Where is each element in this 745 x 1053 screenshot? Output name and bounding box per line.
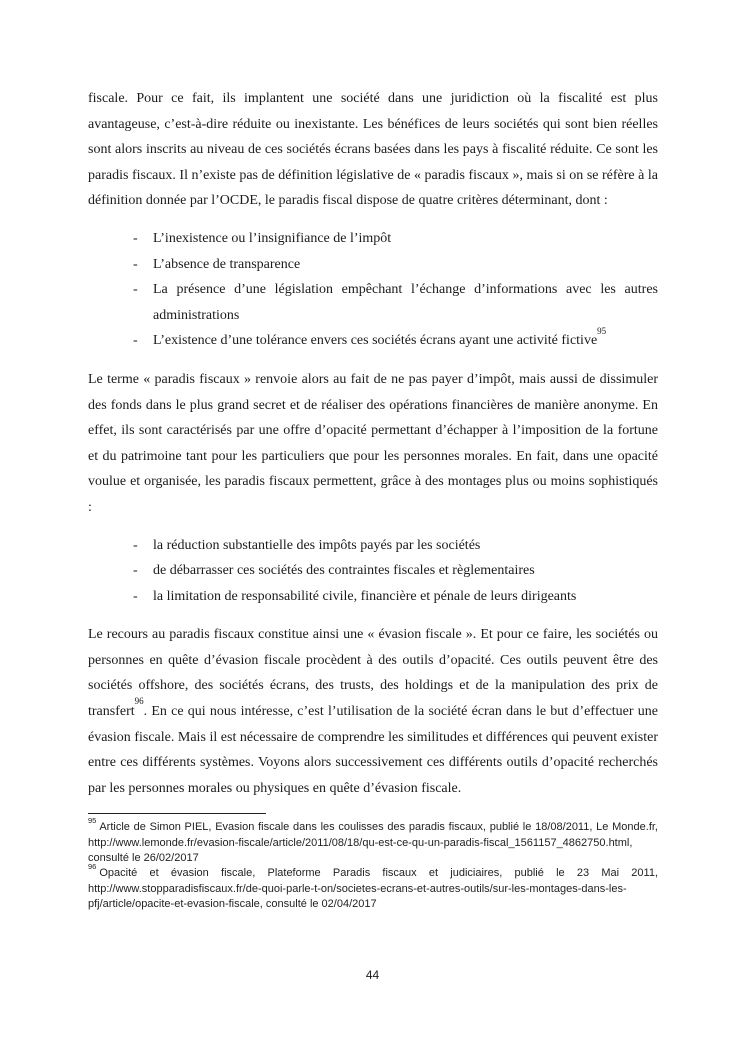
list-item: - la limitation de responsabilité civile… xyxy=(88,584,658,610)
dash-bullet: - xyxy=(133,533,153,559)
paragraph-2: Le terme « paradis fiscaux » renvoie alo… xyxy=(88,367,658,521)
list-item: - de débarrasser ces sociétés des contra… xyxy=(88,558,658,584)
footnote-96: 96Opacité et évasion fiscale, Plateforme… xyxy=(88,866,658,912)
document-page: fiscale. Pour ce fait, ils implantent un… xyxy=(0,0,745,1053)
footnote-ref-95: 95 xyxy=(597,326,606,336)
list-item-text: la réduction substantielle des impôts pa… xyxy=(153,533,658,559)
dash-bullet: - xyxy=(133,252,153,278)
list-item-text: L’absence de transparence xyxy=(153,252,658,278)
list-item-text: L’inexistence ou l’insignifiance de l’im… xyxy=(153,226,658,252)
bullet-list-advantages: - la réduction substantielle des impôts … xyxy=(88,533,658,610)
list-item-text: L’existence d’une tolérance envers ces s… xyxy=(153,328,658,354)
dash-bullet: - xyxy=(133,328,153,354)
list-item-text: de débarrasser ces sociétés des contrain… xyxy=(153,558,658,584)
list-item-text: La présence d’une législation empêchant … xyxy=(153,277,658,328)
list-item: - La présence d’une législation empêchan… xyxy=(88,277,658,328)
paragraph-1: fiscale. Pour ce fait, ils implantent un… xyxy=(88,86,658,214)
footnote-separator xyxy=(88,813,266,814)
footnote-95-text: Article de Simon PIEL, Evasion fiscale d… xyxy=(88,821,658,864)
footnote-95-number: 95 xyxy=(88,816,96,825)
dash-bullet: - xyxy=(133,558,153,584)
list-item-text: la limitation de responsabilité civile, … xyxy=(153,584,658,610)
list-item-text-main: L’existence d’une tolérance envers ces s… xyxy=(153,333,597,348)
footnote-96-number: 96 xyxy=(88,862,96,871)
dash-bullet: - xyxy=(133,226,153,252)
footnote-ref-96: 96 xyxy=(135,696,144,706)
footnote-95: 95Article de Simon PIEL, Evasion fiscale… xyxy=(88,820,658,866)
list-item: - L’inexistence ou l’insignifiance de l’… xyxy=(88,226,658,252)
paragraph-3-after-ref: . En ce qui nous intéresse, c’est l’util… xyxy=(88,704,658,796)
page-number: 44 xyxy=(0,968,745,982)
list-item: - la réduction substantielle des impôts … xyxy=(88,533,658,559)
bullet-list-criteria: - L’inexistence ou l’insignifiance de l’… xyxy=(88,226,658,354)
list-item: - L’existence d’une tolérance envers ces… xyxy=(88,328,658,354)
footnote-96-text: Opacité et évasion fiscale, Plateforme P… xyxy=(88,867,658,910)
paragraph-3: Le recours au paradis fiscaux constitue … xyxy=(88,622,658,801)
footnotes-section: 95Article de Simon PIEL, Evasion fiscale… xyxy=(88,813,658,912)
dash-bullet: - xyxy=(133,277,153,328)
dash-bullet: - xyxy=(133,584,153,610)
list-item: - L’absence de transparence xyxy=(88,252,658,278)
